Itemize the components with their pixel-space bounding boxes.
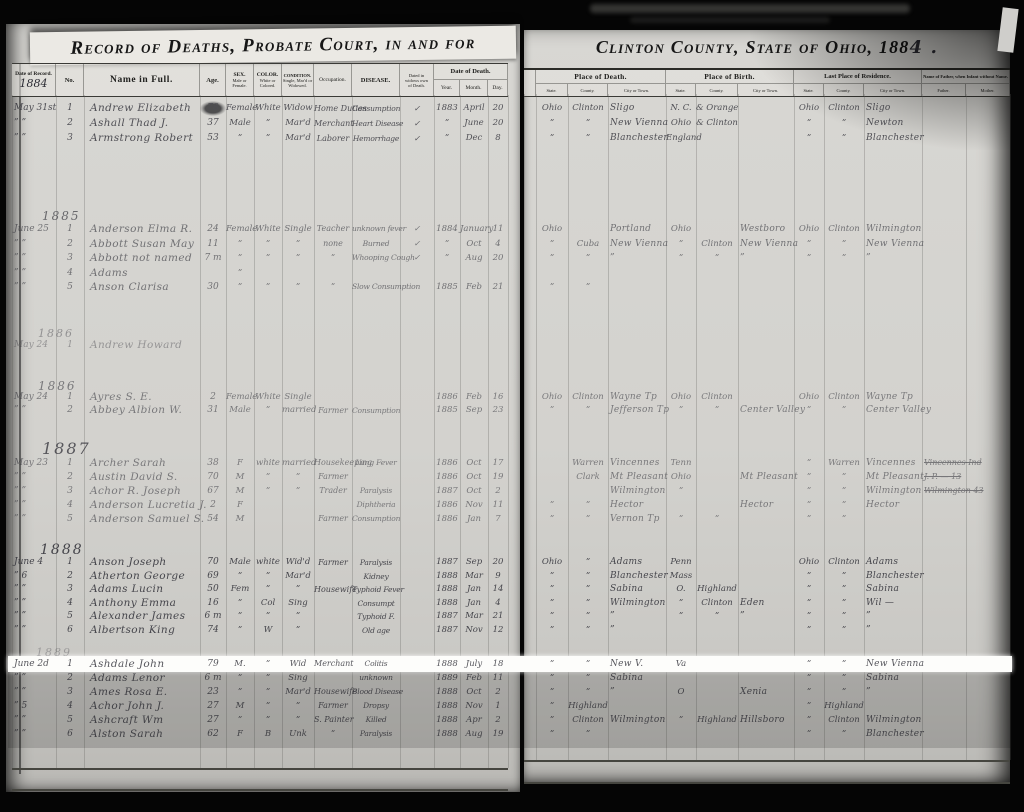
ledger-row: ” ”5Alexander James6 m”””Typhoid F.1887M… — [12, 610, 508, 624]
cell-residence-state: ” — [794, 597, 824, 611]
cell-number: 4 — [56, 498, 84, 512]
cell-birth-city — [738, 338, 794, 352]
cell-death-day: 17 — [488, 456, 508, 470]
cell-condition — [282, 338, 314, 352]
cell-disease — [352, 470, 400, 484]
cell-sex: ” — [226, 685, 254, 699]
cell-occupation: none — [314, 237, 352, 252]
handwritten-title-year: 4 . — [909, 37, 938, 58]
cell-death-day: 19 — [488, 470, 508, 484]
cell-death-state: ” — [536, 624, 568, 638]
cell-occupation: Merchant — [314, 116, 352, 131]
cell-residence-state: ” — [794, 470, 824, 484]
cell-margin — [524, 222, 536, 237]
cell-condition: ” — [282, 713, 314, 727]
cell-dated-mark: ✓ — [400, 251, 434, 266]
cell-occupation: Trader — [314, 484, 352, 498]
cell-residence-state: ” — [794, 685, 824, 699]
cell-date-of-record: ” ” — [12, 610, 56, 624]
cell-name: Atherton George — [84, 570, 200, 584]
cell-residence-state: ” — [794, 484, 824, 498]
cell-residence-city: Wilmington — [864, 484, 922, 498]
cell-color: ” — [254, 404, 282, 417]
cell-condition: Wid'd — [282, 556, 314, 570]
cell-occupation — [314, 338, 352, 352]
cell-death-month: Mar — [460, 610, 488, 624]
cell-birth-county — [696, 727, 738, 741]
entry-group: May 241Ayres S. E.2FemaleWhiteSingle1886… — [12, 391, 508, 417]
cell-disease: Burned — [352, 237, 400, 252]
cell-birth-county — [696, 338, 738, 352]
cell-birth-state: ” — [666, 404, 696, 417]
cell-death-month: Nov — [460, 624, 488, 638]
cell-color — [254, 338, 282, 352]
cell-residence-county: Clinton — [824, 556, 864, 570]
cell-death-month: Feb — [460, 671, 488, 685]
cell-condition: Single — [282, 222, 314, 237]
cell-dated-mark — [400, 583, 434, 597]
cell-date-of-record: ” ” — [12, 484, 56, 498]
cell-death-county: ” — [568, 685, 608, 699]
cell-residence-county: ” — [824, 597, 864, 611]
cell-name: Armstrong Robert — [84, 131, 200, 146]
cell-death-city — [608, 338, 666, 352]
cell-death-year: ” — [434, 131, 460, 146]
cell-birth-county — [696, 657, 738, 671]
cell-father: Wilmington 43 — [922, 484, 966, 498]
cell-residence-state: ” — [794, 512, 824, 526]
cell-age: 74 — [200, 624, 226, 638]
cell-residence-state: ” — [794, 699, 824, 713]
cell-death-county — [568, 484, 608, 498]
cell-sex: ” — [226, 131, 254, 146]
cell-margin — [524, 671, 536, 685]
cell-death-county: Clinton — [568, 101, 608, 116]
cell-mother — [966, 713, 1010, 727]
cell-mother — [966, 131, 1010, 146]
cell-father — [922, 727, 966, 741]
cell-age — [200, 338, 226, 352]
cell-death-county: Clark — [568, 470, 608, 484]
cell-date-of-record: ” ” — [12, 727, 56, 741]
cell-name: Ashall Thad J. — [84, 116, 200, 131]
cell-color: ” — [254, 657, 282, 671]
cell-death-state: ” — [536, 116, 568, 131]
cell-age: 31 — [200, 404, 226, 417]
ledger-row: ” ”2Austin David S.70M””Farmer1886Oct19 — [12, 470, 508, 484]
ledger-row: May 241Andrew Howard — [12, 338, 508, 352]
cell-death-state: Ohio — [536, 222, 568, 237]
cell-death-year: 1887 — [434, 556, 460, 570]
cell-birth-county — [696, 671, 738, 685]
cell-birth-state: ” — [666, 251, 696, 266]
handwritten-year-1884: 1884 — [20, 77, 48, 90]
cell-occupation — [314, 570, 352, 584]
cell-father — [922, 222, 966, 237]
cell-number: 2 — [56, 470, 84, 484]
entry-group: June 2d1Ashdale John79M.”WidMerchantColi… — [12, 657, 508, 741]
cell-disease: Killed — [352, 713, 400, 727]
ledger-row: ””SabinaO.Highland””Sabina — [524, 583, 1010, 597]
cell-date-of-record: ” ” — [12, 512, 56, 526]
cell-death-city: ” — [608, 251, 666, 266]
cell-disease: Typhoid Fever — [352, 583, 400, 597]
cell-death-county — [568, 338, 608, 352]
entry-group — [524, 338, 1010, 352]
ledger-row: ”CubaNew Vienna”ClintonNew Vienna””New V… — [524, 237, 1010, 252]
entry-group: May 231Archer Sarah38FwhitemarriedHousek… — [12, 456, 508, 526]
cell-color: ” — [254, 699, 282, 713]
cell-birth-county: ” — [696, 512, 738, 526]
ledger-row: ” ”6Albertson King74”W”Old age1887Nov12 — [12, 624, 508, 638]
cell-dated-mark — [400, 671, 434, 685]
cell-sex: Male — [226, 556, 254, 570]
ledger-row: ””””””””” — [524, 251, 1010, 266]
cell-condition: Mar'd — [282, 685, 314, 699]
cell-date-of-record: June 2d — [12, 657, 56, 671]
cell-color: ” — [254, 251, 282, 266]
ledger-row: ””BlanchesterMass””Blanchester — [524, 570, 1010, 584]
cell-death-day: 12 — [488, 624, 508, 638]
cell-name: Austin David S. — [84, 470, 200, 484]
cell-death-state: ” — [536, 404, 568, 417]
column-header-last-residence: Last Place of Residence. — [794, 70, 922, 84]
column-header-color: COLOR. White or Colored. — [254, 64, 282, 96]
cell-death-day: 23 — [488, 404, 508, 417]
cell-death-city: ” — [608, 610, 666, 624]
ledger-row: ”” — [524, 280, 1010, 295]
cell-mother — [966, 570, 1010, 584]
cell-residence-county: ” — [824, 251, 864, 266]
cell-death-year: 1888 — [434, 657, 460, 671]
cell-birth-county — [696, 570, 738, 584]
ledger-row: June 2d1Ashdale John79M.”WidMerchantColi… — [12, 657, 508, 671]
right-table-header: Place of Death. Place of Birth. Last Pla… — [524, 68, 1010, 97]
cell-dated-mark — [400, 498, 434, 512]
cell-condition — [282, 498, 314, 512]
cell-residence-city — [864, 266, 922, 281]
cell-father: J. P. — 13 — [922, 470, 966, 484]
cell-dated-mark — [400, 280, 434, 295]
cell-name: Ashdale John — [84, 657, 200, 671]
cell-death-city: Adams — [608, 556, 666, 570]
cell-date-of-record: ” ” — [12, 266, 56, 281]
cell-birth-county — [696, 456, 738, 470]
cell-birth-city — [738, 657, 794, 671]
column-header-place-of-birth: Place of Birth. — [666, 70, 794, 84]
cell-number: 4 — [56, 597, 84, 611]
cell-death-month: Oct — [460, 237, 488, 252]
cell-death-city: Vernon Tp — [608, 512, 666, 526]
cell-death-county: ” — [568, 512, 608, 526]
cell-disease — [352, 338, 400, 352]
cell-disease: Consumption — [352, 512, 400, 526]
cell-disease: Lung Fever — [352, 456, 400, 470]
cell-residence-city: ” — [864, 624, 922, 638]
cell-birth-state — [666, 624, 696, 638]
cell-condition: Mar'd — [282, 131, 314, 146]
cell-color: ” — [254, 583, 282, 597]
cell-death-county — [568, 222, 608, 237]
cell-death-month: Feb — [460, 391, 488, 404]
cell-mother — [966, 456, 1010, 470]
cell-occupation — [314, 266, 352, 281]
cell-name: Anson Joseph — [84, 556, 200, 570]
cell-sex: Female — [226, 101, 254, 116]
cell-death-state — [536, 266, 568, 281]
cell-birth-state — [666, 671, 696, 685]
cell-birth-state: Tenn — [666, 456, 696, 470]
cell-death-state: ” — [536, 498, 568, 512]
cell-death-county: ” — [568, 583, 608, 597]
cell-disease — [352, 266, 400, 281]
cell-death-month: Jan — [460, 583, 488, 597]
cell-birth-state — [666, 338, 696, 352]
cell-death-month: Oct — [460, 685, 488, 699]
cell-disease: Consumption — [352, 404, 400, 417]
cell-death-day: 11 — [488, 498, 508, 512]
cell-death-county: Highland — [568, 699, 608, 713]
cell-father — [922, 610, 966, 624]
cell-birth-city — [738, 456, 794, 470]
cell-residence-state — [794, 266, 824, 281]
cell-margin — [524, 610, 536, 624]
cell-death-month: July — [460, 657, 488, 671]
cell-occupation: S. Painter — [314, 713, 352, 727]
ledger-row: ””HectorHector””Hector — [524, 498, 1010, 512]
ledger-row: ” ”3Adams Lucin50Fem””HousewifeTyphoid F… — [12, 583, 508, 597]
cell-father — [922, 280, 966, 295]
cell-sex: M — [226, 699, 254, 713]
cell-age: 62 — [200, 727, 226, 741]
cell-death-month: Nov — [460, 699, 488, 713]
cell-father — [922, 512, 966, 526]
cell-occupation: ” — [314, 727, 352, 741]
cell-color: Col — [254, 597, 282, 611]
cell-death-day: 19 — [488, 727, 508, 741]
cell-death-day — [488, 338, 508, 352]
cell-birth-state: ” — [666, 237, 696, 252]
cell-death-county: ” — [568, 116, 608, 131]
cell-death-month: Aug — [460, 727, 488, 741]
cell-color: ” — [254, 131, 282, 146]
cell-death-day: 20 — [488, 116, 508, 131]
cell-residence-city: Sabina — [864, 671, 922, 685]
cell-birth-city — [738, 116, 794, 131]
cell-occupation: Housewife — [314, 685, 352, 699]
cell-occupation: Farmer — [314, 556, 352, 570]
cell-residence-county: ” — [824, 116, 864, 131]
cell-death-day: 2 — [488, 484, 508, 498]
cell-date-of-record: ” ” — [12, 498, 56, 512]
cell-color: white — [254, 556, 282, 570]
cell-residence-state: ” — [794, 498, 824, 512]
ledger-row: ””””Blanchester — [524, 727, 1010, 741]
cell-death-state: ” — [536, 685, 568, 699]
cell-dated-mark — [400, 685, 434, 699]
cell-number: 5 — [56, 280, 84, 295]
cell-father — [922, 597, 966, 611]
cell-residence-state: ” — [794, 237, 824, 252]
cell-name: Abbott Susan May — [84, 237, 200, 252]
cell-birth-state: ” — [666, 597, 696, 611]
cell-death-month: Feb — [460, 280, 488, 295]
cell-residence-state: Ohio — [794, 556, 824, 570]
cell-name: Archer Sarah — [84, 456, 200, 470]
cell-death-state: ” — [536, 237, 568, 252]
cell-father — [922, 498, 966, 512]
cell-death-month: January — [460, 222, 488, 237]
cell-death-city: Blanchester — [608, 131, 666, 146]
cell-sex: ” — [226, 597, 254, 611]
cell-residence-city: Sabina — [864, 583, 922, 597]
ledger-row — [524, 338, 1010, 352]
cell-age: 27 — [200, 713, 226, 727]
cell-sex: M — [226, 470, 254, 484]
cell-death-year: 1888 — [434, 583, 460, 597]
cell-occupation — [314, 391, 352, 404]
cell-date-of-record: ” ” — [12, 251, 56, 266]
cell-residence-state: Ohio — [794, 391, 824, 404]
right-page-title: Clinton County, State of Ohio, 1884 . — [524, 37, 1010, 58]
cell-date-of-record: May 24 — [12, 391, 56, 404]
cell-mother — [966, 404, 1010, 417]
cell-mother — [966, 280, 1010, 295]
cell-color: White — [254, 101, 282, 116]
cell-birth-state — [666, 727, 696, 741]
cell-sex: ” — [226, 570, 254, 584]
cell-name: Adams Lenor — [84, 671, 200, 685]
cell-death-state: ” — [536, 251, 568, 266]
cell-mother — [966, 671, 1010, 685]
cell-color: ” — [254, 470, 282, 484]
cell-disease: Dropsy — [352, 699, 400, 713]
cell-birth-state: Ohio — [666, 116, 696, 131]
cell-father — [922, 116, 966, 131]
cell-residence-county: ” — [824, 404, 864, 417]
ledger-row: ””Jefferson Tp””Center Valley””Center Va… — [524, 404, 1010, 417]
cell-age: 38 — [200, 456, 226, 470]
cell-residence-state: ” — [794, 671, 824, 685]
cell-residence-county: ” — [824, 570, 864, 584]
cell-death-month — [460, 266, 488, 281]
cell-father: Vincennes Ind — [922, 456, 966, 470]
cell-death-state: Ohio — [536, 556, 568, 570]
cell-death-year: 1886 — [434, 456, 460, 470]
cell-margin — [524, 280, 536, 295]
cell-father — [922, 624, 966, 638]
cell-color: White — [254, 222, 282, 237]
cell-residence-state: Ohio — [794, 222, 824, 237]
column-header-age: Age. — [200, 64, 226, 96]
cell-disease — [352, 391, 400, 404]
cell-disease: Whooping Cough — [352, 251, 400, 266]
cell-father — [922, 713, 966, 727]
ledger-row: ”””OXenia””” — [524, 685, 1010, 699]
cell-mother — [966, 556, 1010, 570]
cell-residence-county: ” — [824, 727, 864, 741]
cell-death-month: Oct — [460, 484, 488, 498]
cell-number: 2 — [56, 237, 84, 252]
cell-death-county: ” — [568, 610, 608, 624]
cell-number: 3 — [56, 583, 84, 597]
cell-birth-city: Hillsboro — [738, 713, 794, 727]
cell-margin — [524, 583, 536, 597]
cell-residence-county: ” — [824, 237, 864, 252]
cell-condition: married — [282, 456, 314, 470]
cell-residence-county: Highland — [824, 699, 864, 713]
cell-margin — [524, 470, 536, 484]
cell-margin — [524, 512, 536, 526]
cell-death-day: 11 — [488, 222, 508, 237]
cell-sex: ” — [226, 237, 254, 252]
cell-margin — [524, 699, 536, 713]
cell-death-month — [460, 338, 488, 352]
cell-residence-city: ” — [864, 251, 922, 266]
cell-date-of-record: June 4 — [12, 556, 56, 570]
cell-sex: M — [226, 484, 254, 498]
cell-death-day: 2 — [488, 685, 508, 699]
cell-death-year: 1886 — [434, 512, 460, 526]
cell-date-of-record: ” ” — [12, 671, 56, 685]
entry-group: June 251Anderson Elma R.24FemaleWhiteSin… — [12, 222, 508, 295]
cell-sex: M — [226, 512, 254, 526]
cell-birth-city: Hector — [738, 498, 794, 512]
cell-age: 24 — [200, 222, 226, 237]
cell-margin — [524, 685, 536, 699]
cell-birth-county — [696, 266, 738, 281]
cell-dated-mark: ✓ — [400, 237, 434, 252]
cell-date-of-record: ” ” — [12, 624, 56, 638]
left-page: Record of Deaths, Probate Court, in and … — [6, 24, 520, 792]
cell-date-of-record: ” 5 — [12, 699, 56, 713]
cell-death-year: 1887 — [434, 624, 460, 638]
cell-death-year: 1887 — [434, 484, 460, 498]
ledger-row: OhioClintonSligoN. C.& OrangeOhioClinton… — [524, 101, 1010, 116]
cell-occupation — [314, 671, 352, 685]
cell-birth-state: ” — [666, 484, 696, 498]
cell-dated-mark — [400, 338, 434, 352]
bottom-rule — [524, 782, 1010, 784]
cell-death-state — [536, 484, 568, 498]
cell-residence-city: Wayne Tp — [864, 391, 922, 404]
cell-age: 50 — [200, 583, 226, 597]
cell-death-state — [536, 470, 568, 484]
cell-death-year: 1887 — [434, 610, 460, 624]
cell-condition: Mar'd — [282, 116, 314, 131]
cell-age — [200, 266, 226, 281]
cell-death-city — [608, 266, 666, 281]
cell-residence-city: Blanchester — [864, 727, 922, 741]
cell-number: 3 — [56, 685, 84, 699]
cell-death-county: Warren — [568, 456, 608, 470]
cell-residence-state: Ohio — [794, 101, 824, 116]
cell-sex: F — [226, 456, 254, 470]
cell-name: Alston Sarah — [84, 727, 200, 741]
cell-death-year: 1888 — [434, 699, 460, 713]
cell-sex: F — [226, 727, 254, 741]
column-header-day: Day. — [488, 80, 508, 96]
cell-birth-state: Ohio — [666, 391, 696, 404]
cell-residence-county: Warren — [824, 456, 864, 470]
cell-death-county — [568, 266, 608, 281]
cell-sex: Fem — [226, 583, 254, 597]
cell-mother — [966, 470, 1010, 484]
cell-sex: Male — [226, 404, 254, 417]
ledger-row: ” ”4Adams” — [12, 266, 508, 281]
cell-age: 67 — [200, 484, 226, 498]
cell-birth-city — [738, 583, 794, 597]
